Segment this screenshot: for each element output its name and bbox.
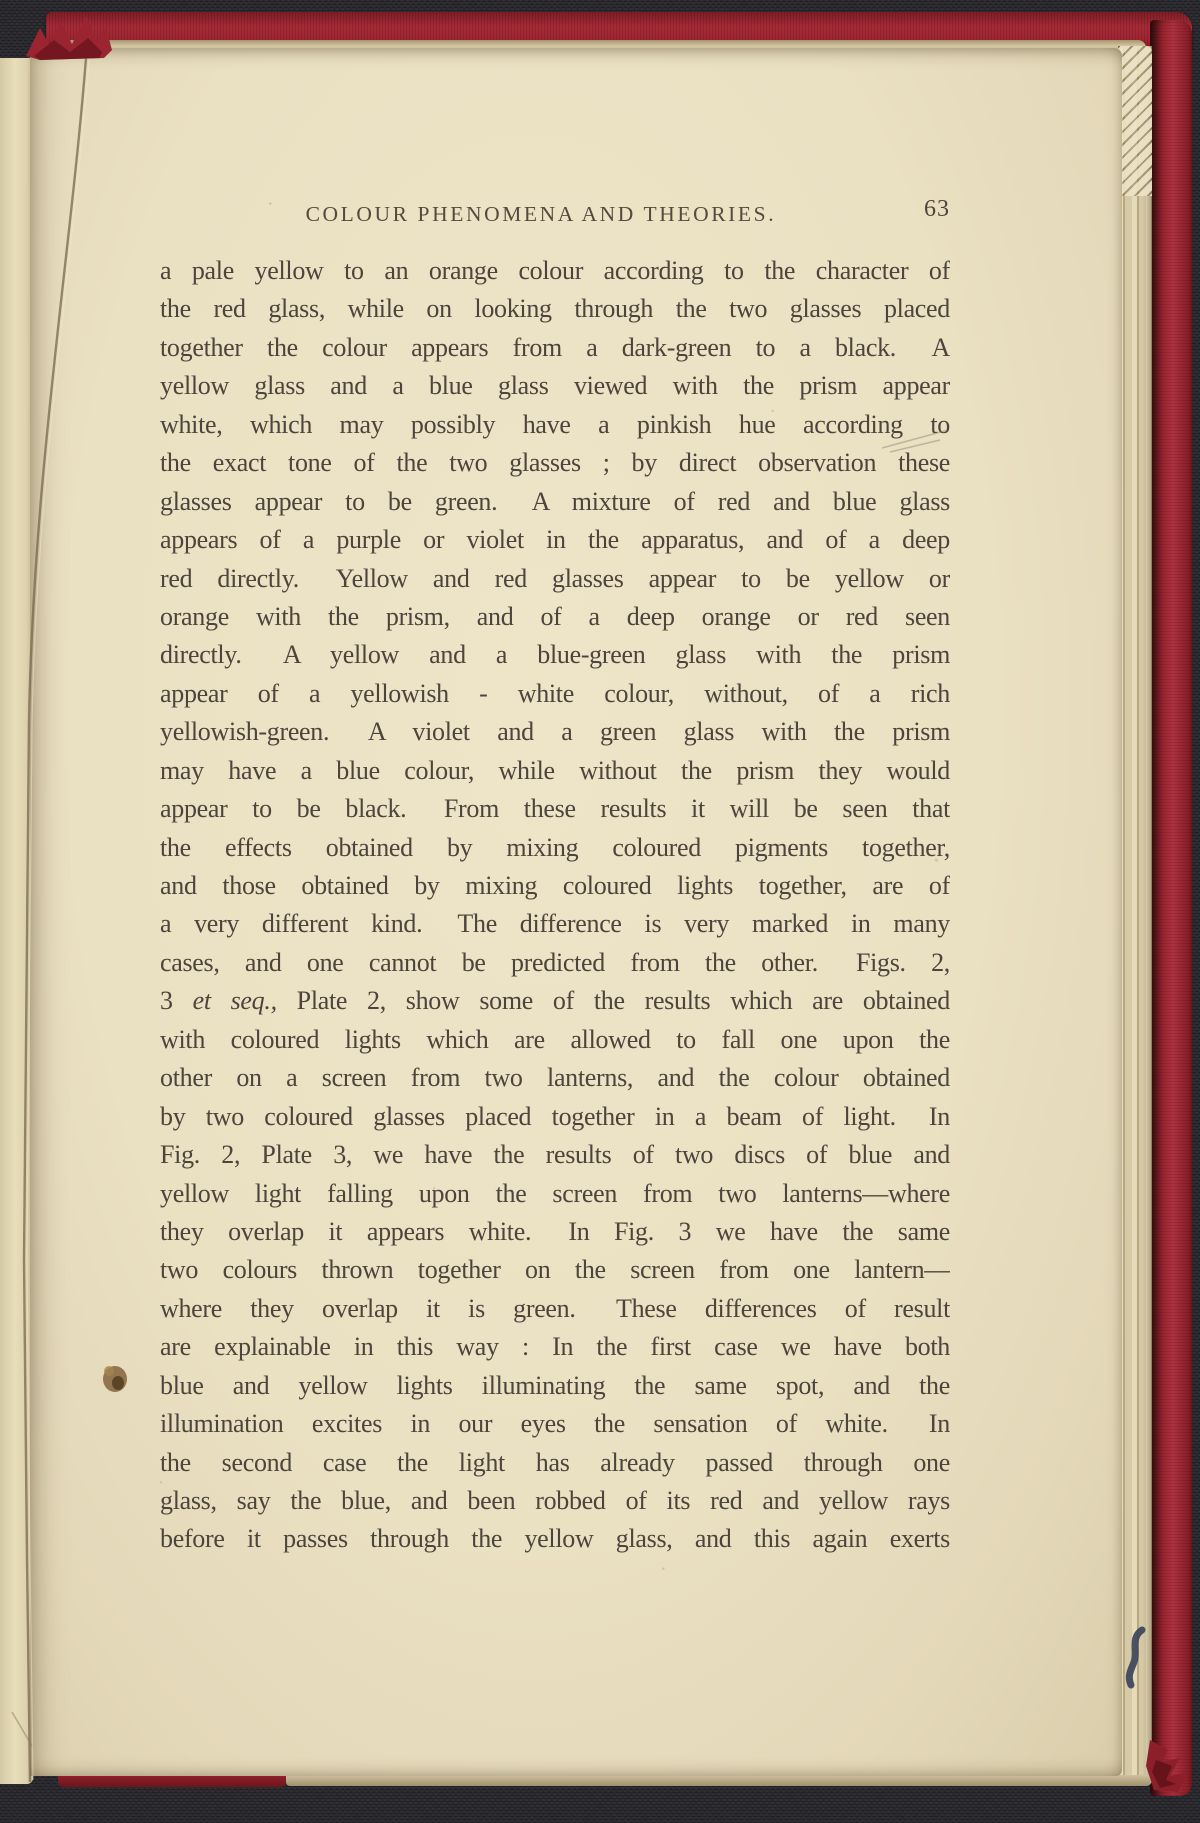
text-line: Fig. 2, Plate 3, we have the results of … [160,1136,950,1174]
text-line: where they overlap it is green. These di… [160,1290,950,1328]
text-line: together the colour appears from a dark-… [160,329,950,367]
text-line: the second case the light has already pa… [160,1444,950,1482]
text-line: glasses appear to be green. A mixture of… [160,483,950,521]
page-bottom-edge [286,1775,1152,1786]
text-line: appear of a yellowish - white colour, wi… [160,675,950,713]
text-line: 3 et seq., Plate 2, show some of the res… [160,982,950,1020]
text-line: and those obtained by mixing coloured li… [160,867,950,905]
text-line: they overlap it appears white. In Fig. 3… [160,1213,950,1251]
text-line: illumination excites in our eyes the sen… [160,1405,950,1443]
text-line: glass, say the blue, and been robbed of … [160,1482,950,1520]
page-text: a pale yellow to an orange colour accord… [160,252,950,1559]
facing-page-edge [0,58,33,1784]
text-line: may have a blue colour, while without th… [160,752,950,790]
page-stack-right-edge [1118,46,1152,1782]
text-line: white, which may possibly have a pinkish… [160,406,950,444]
text-line: appear to be black. From these results i… [160,790,950,828]
text-line: a pale yellow to an orange colour accord… [160,252,950,290]
text-line: the exact tone of the two glasses ; by d… [160,444,950,482]
text-line: yellow glass and a blue glass viewed wit… [160,367,950,405]
text-line: the red glass, while on looking through … [160,290,950,328]
text-line: other on a screen from two lanterns, and… [160,1059,950,1097]
page-number: 63 [924,196,950,223]
text-line: by two coloured glasses placed together … [160,1098,950,1136]
text-line: before it passes through the yellow glas… [160,1520,950,1558]
book-cover-right-edge [1150,20,1192,1796]
text-line: cases, and one cannot be predicted from … [160,944,950,982]
text-line: orange with the prism, and of a deep ora… [160,598,950,636]
text-line: are explainable in this way : In the fir… [160,1328,950,1366]
text-line: two colours thrown together on the scree… [160,1251,950,1289]
header-title: COLOUR PHENOMENA AND THEORIES. [306,202,777,227]
text-line: yellow light falling upon the screen fro… [160,1175,950,1213]
text-line: the effects obtained by mixing coloured … [160,829,950,867]
text-line: blue and yellow lights illuminating the … [160,1367,950,1405]
text-line: appears of a purple or violet in the app… [160,521,950,559]
text-line: with coloured lights which are allowed t… [160,1021,950,1059]
running-header: COLOUR PHENOMENA AND THEORIES. 63 [160,196,950,230]
book-photo: COLOUR PHENOMENA AND THEORIES. 63 a pale… [0,0,1200,1823]
text-line: a very different kind. The difference is… [160,905,950,943]
text-line: red directly. Yellow and red glasses app… [160,560,950,598]
book-page: COLOUR PHENOMENA AND THEORIES. 63 a pale… [30,48,1122,1776]
page-stack-corner-steps [1118,46,1152,196]
text-line: directly. A yellow and a blue-green glas… [160,636,950,674]
text-line: yellowish-green. A violet and a green gl… [160,713,950,751]
